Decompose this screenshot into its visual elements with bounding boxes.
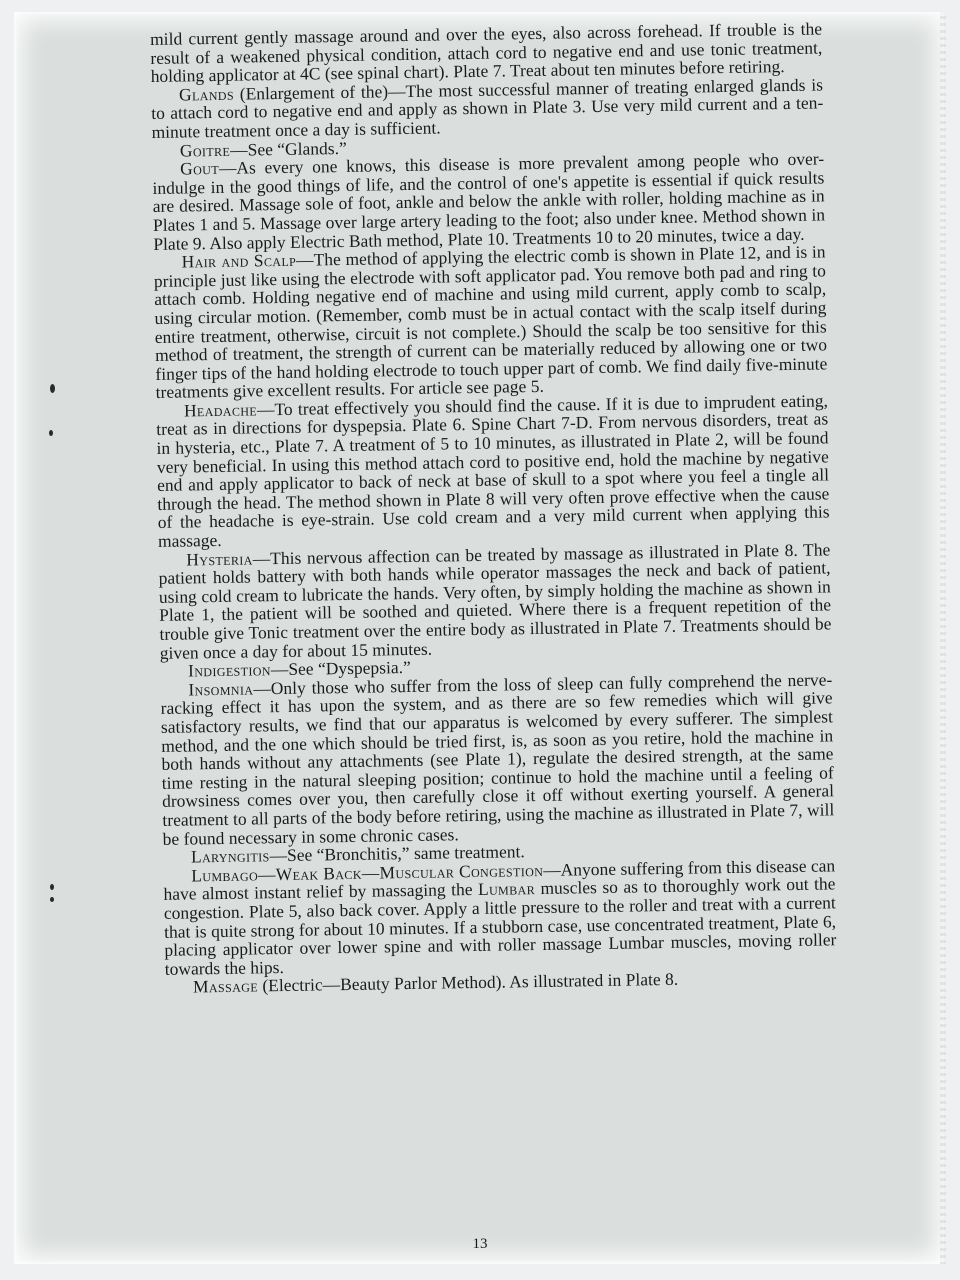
entry-hysteria: Hysteria—This nervous affection can be t… (158, 540, 832, 662)
entry-heading: Massage (193, 976, 258, 997)
margin-ink-mark (50, 884, 54, 890)
margin-ink-mark (50, 384, 55, 393)
entry-insomnia: Insomnia—Only those who suffer from the … (160, 670, 835, 848)
entry-text: —As every one knows, this disease is mor… (152, 149, 825, 254)
entry-hair-and-scalp: Hair and Scalp—The method of applying th… (154, 243, 828, 402)
entry-text: —To treat effectively you should find th… (156, 390, 830, 551)
entry-gout: Gout—As every one knows, this disease is… (152, 150, 825, 254)
entry-headache: Headache—To treat effectively you should… (156, 391, 830, 550)
page-body-text: mild current gently massage around and o… (150, 19, 837, 996)
page-number: 13 (0, 1236, 960, 1253)
margin-ink-mark (49, 430, 53, 436)
margin-ink-mark (50, 897, 54, 902)
entry-text: —Only those who suffer from the loss of … (160, 669, 834, 848)
entry-heading: Goitre (180, 139, 231, 160)
entry-lumbago: Lumbago—Weak Back—Muscular Congestion—An… (163, 856, 837, 978)
entry-heading: Gout (180, 158, 219, 179)
photo-frame: mild current gently massage around and o… (0, 0, 960, 1280)
entry-text: —This nervous affection can be treated b… (158, 539, 831, 663)
